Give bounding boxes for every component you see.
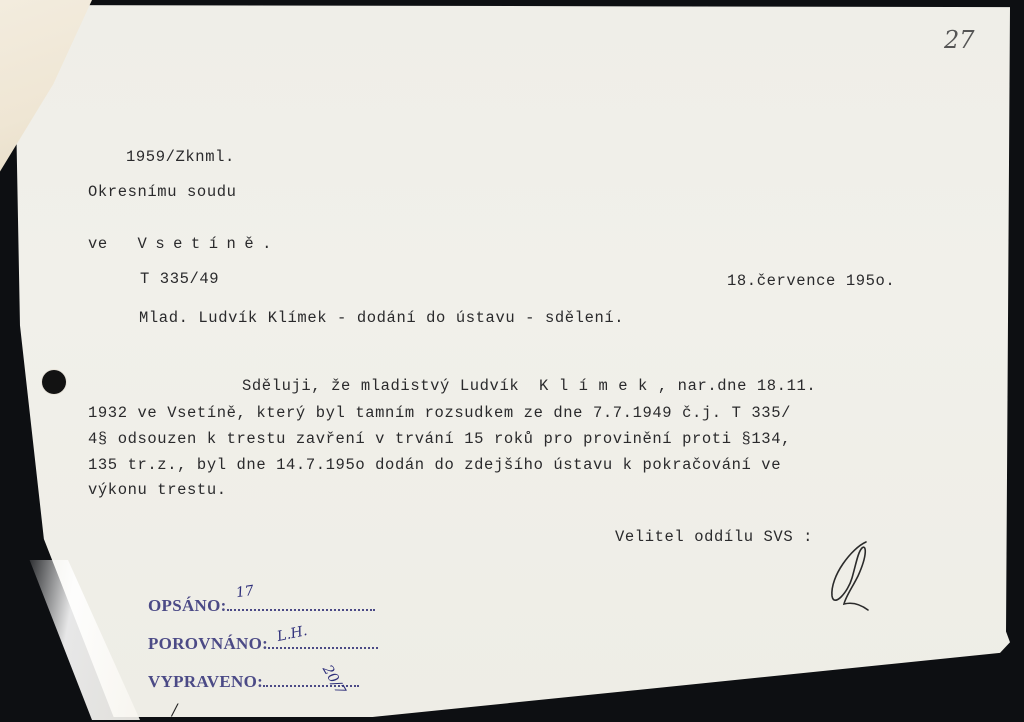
addressee-line-2: ve Vsetíně. bbox=[88, 235, 280, 253]
binder-hole-icon bbox=[42, 370, 66, 394]
stamp-label-vypraveno: VYPRAVENO: bbox=[148, 672, 263, 691]
body-line-5: výkonu trestu. bbox=[88, 481, 227, 499]
margin-mark: / bbox=[172, 700, 177, 719]
signature-icon bbox=[822, 538, 878, 618]
stamp-label-porovnano: POROVNÁNO: bbox=[148, 634, 268, 653]
addressee-city: Vsetíně. bbox=[138, 235, 280, 253]
stamp-row-opsano: OPSÁNO: bbox=[148, 596, 375, 616]
body-line-4: 135 tr.z., byl dne 14.7.195o dodán do zd… bbox=[88, 456, 781, 474]
signatory-title: Velitel oddílu SVS : bbox=[615, 528, 813, 546]
stamp-label-opsano: OPSÁNO: bbox=[148, 596, 227, 615]
addressee-line-1: Okresnímu soudu bbox=[88, 183, 237, 201]
stamp-handwriting-opsano: 17 bbox=[235, 583, 255, 601]
document-date: 18.července 195o. bbox=[727, 272, 895, 290]
body-line-2: 1932 ve Vsetíně, který byl tamním rozsud… bbox=[88, 404, 791, 422]
subject-line: Mlad. Ludvík Klímek - dodání do ústavu -… bbox=[139, 309, 624, 327]
reference-number: 1959/Zknml. bbox=[126, 148, 235, 166]
stamp-dotted-line bbox=[268, 647, 378, 649]
body-line-1: Sděluji, že mladistvý Ludvík K l í m e k… bbox=[242, 377, 816, 395]
stamp-dotted-line bbox=[227, 609, 375, 611]
stamp-row-porovnano: POROVNÁNO: bbox=[148, 634, 378, 654]
addressee-prefix: ve bbox=[88, 235, 108, 253]
page-number: 27 bbox=[944, 26, 975, 54]
case-number: T 335/49 bbox=[140, 270, 219, 288]
body-line-3: 4§ odsouzen k trestu zavření v trvání 15… bbox=[88, 430, 791, 448]
